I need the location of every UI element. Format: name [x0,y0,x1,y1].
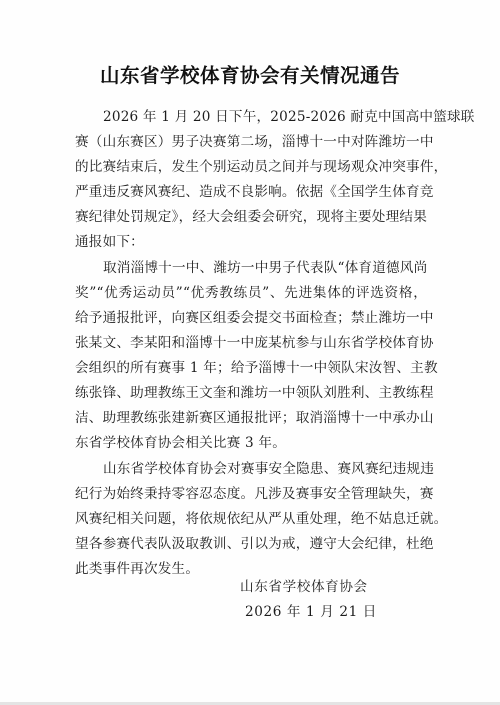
paragraph-3-line-3: 风赛纪相关问题，将依规依纪从严从重处理，绝不姑息迁就。 [75,510,427,528]
signature-organization: 山东省学校体育协会 [240,578,368,596]
paragraph-1-line-6: 通报如下： [75,233,427,251]
paragraph-3-line-5: 此类事件再次发生。 [75,560,427,578]
paragraph-1-line-3: 的比赛结束后，发生个别运动员之间并与现场观众冲突事件， [75,158,427,176]
paragraph-2-line-8: 东省学校体育协会相关比赛 3 年。 [75,434,427,452]
paragraph-2-line-3: 给予通报批评，向赛区组委会提交书面检查；禁止潍坊一中 [75,309,427,327]
paragraph-2-line-1: 取消淄博十一中、潍坊一中男子代表队“体育道德风尚 [103,259,427,277]
notice-document: 山东省学校体育协会有关情况通告 2026 年 1 月 20 日下午，2025-2… [0,0,500,705]
paragraph-2-line-2: 奖”“优秀运动员”“优秀教练员”、先进集体的评选资格， [75,284,427,302]
paragraph-1-line-5: 赛纪律处罚规定》，经大会组委会研究，现将主要处理结果 [75,208,427,226]
paragraph-2-line-5: 会组织的所有赛事 1 年；给予淄博十一中领队宋汝智、主教 [75,359,427,377]
paragraph-3-line-4: 望各参赛代表队汲取教训、引以为戒，遵守大会纪律，杜绝 [75,535,427,553]
paragraph-1-line-2: 赛（山东赛区）男子决赛第二场，淄博十一中对阵潍坊一中 [75,133,427,151]
paragraph-3-line-2: 纪行为始终秉持零容忍态度。凡涉及赛事安全管理缺失，赛 [75,485,427,503]
paragraph-1-line-4: 严重违反赛风赛纪、造成不良影响。依据《全国学生体育竞 [75,183,427,201]
paragraph-2-line-6: 练张锋、助理教练王文奎和潍坊一中领队刘胜利、主教练程 [75,384,427,402]
signature-date: 2026 年 1 月 21 日 [245,603,377,621]
paragraph-2-line-4: 张某文、李某阳和淄博十一中庞某杭参与山东省学校体育协 [75,334,427,352]
paragraph-3-line-1: 山东省学校体育协会对赛事安全隐患、赛风赛纪违规违 [103,460,427,478]
document-title: 山东省学校体育协会有关情况通告 [0,60,500,88]
paragraph-1-line-1: 2026 年 1 月 20 日下午，2025-2026 耐克中国高中篮球联 [103,108,427,126]
paragraph-2-line-7: 洁、助理教练张建新赛区通报批评；取消淄博十一中承办山 [75,409,427,427]
